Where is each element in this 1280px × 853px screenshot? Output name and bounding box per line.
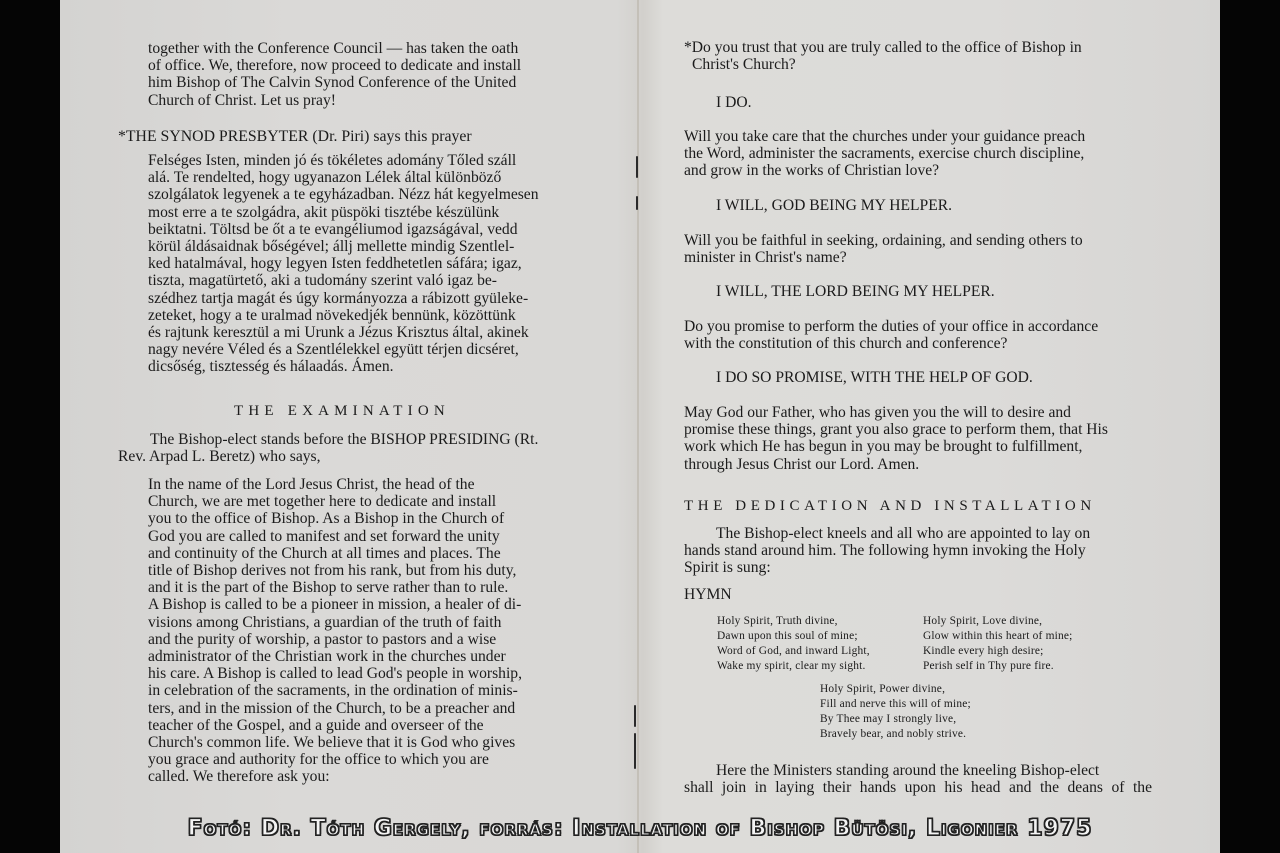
text-line: *Do you trust that you are truly called … xyxy=(684,39,1152,56)
text-line: hands stand around him. The following hy… xyxy=(684,542,1152,559)
text-line: promise these things, grant you also gra… xyxy=(684,421,1152,438)
text-line: and grow in the works of Christian love? xyxy=(684,162,1152,179)
booklet-spread: together with the Conference Council — h… xyxy=(60,0,1220,853)
text-line: tiszta, magatürtető, aki a tudomány szer… xyxy=(148,272,580,289)
text-line: szédhez tartja magát és úgy kormányozza … xyxy=(148,290,580,307)
hymn-verse-1: Holy Spirit, Truth divine, Dawn upon thi… xyxy=(717,614,870,674)
text-line: alá. Te rendelted, hogy ugyanazon Lélek … xyxy=(148,169,580,186)
text-line: with the constitution of this church and… xyxy=(684,335,1152,352)
text-line: work which He has begun in you may be br… xyxy=(684,438,1152,455)
text-line: together with the Conference Council — h… xyxy=(148,40,580,57)
text-line: and the purity of worship, a pastor to p… xyxy=(148,631,580,648)
text-line: in celebration of the sacraments, in the… xyxy=(148,682,580,699)
hymn-verse-3: Holy Spirit, Power divine, Fill and nerv… xyxy=(820,682,971,742)
blessing: May God our Father, who has given you th… xyxy=(684,404,1152,473)
response-text: I DO SO PROMISE, WITH THE HELP OF GOD. xyxy=(716,369,1033,387)
text-line: and it is the part of the Bishop to serv… xyxy=(148,579,580,596)
text-line: May God our Father, who has given you th… xyxy=(684,404,1152,421)
hymn-line: By Thee may I strongly live, xyxy=(820,712,971,727)
hungarian-prayer: Felséges Isten, minden jó és tökéletes a… xyxy=(148,152,580,376)
text-line: The Bishop-elect stands before the BISHO… xyxy=(118,431,580,448)
text-line: you to the office of Bishop. As a Bishop… xyxy=(148,510,580,527)
hymn-line: Word of God, and inward Light, xyxy=(717,644,870,659)
hymn-line: Holy Spirit, Love divine, xyxy=(923,614,1073,629)
answer-3: I WILL, THE LORD BEING MY HELPER. xyxy=(716,283,995,301)
text-line: In the name of the Lord Jesus Christ, th… xyxy=(148,476,580,493)
text-line: Do you promise to perform the duties of … xyxy=(684,318,1152,335)
text-line: Church's common life. We believe that it… xyxy=(148,734,580,751)
text-line: of office. We, therefore, now proceed to… xyxy=(148,57,580,74)
dedication-heading: THE DEDICATION AND INSTALLATION xyxy=(684,498,1096,515)
hymn-line: Holy Spirit, Power divine, xyxy=(820,682,971,697)
center-fold xyxy=(637,0,639,853)
response-text: I WILL, THE LORD BEING MY HELPER. xyxy=(716,283,995,301)
text-line: teacher of the Gospel, and a guide and o… xyxy=(148,717,580,734)
staple-bottom-lower xyxy=(634,733,636,769)
text-line: most erre a te szolgádra, akit püspöki t… xyxy=(148,204,580,221)
text-line: Here the Ministers standing around the k… xyxy=(684,762,1152,779)
section-heading: THE EXAMINATION xyxy=(234,403,450,420)
photo-credit-caption: Fotó: Dr. Tóth Gergely, forrás: Installa… xyxy=(0,816,1280,841)
text-line: through Jesus Christ our Lord. Amen. xyxy=(684,456,1152,473)
text-line: called. We therefore ask you: xyxy=(148,768,580,785)
text-line: Will you take care that the churches und… xyxy=(684,128,1152,145)
hymn-line: Glow within this heart of mine; xyxy=(923,629,1073,644)
text-line: beiktatni. Töltsd be őt a te evangéliumo… xyxy=(148,221,580,238)
dedication-intro: The Bishop-elect kneels and all who are … xyxy=(684,525,1152,577)
hymn-line: Bravely bear, and nobly strive. xyxy=(820,727,971,742)
text-line: him Bishop of The Calvin Synod Conferenc… xyxy=(148,74,580,91)
answer-2: I WILL, GOD BEING MY HELPER. xyxy=(716,197,952,215)
section-heading: THE DEDICATION AND INSTALLATION xyxy=(684,498,1096,515)
text-line: szolgálatok legyenek a te egyházadban. N… xyxy=(148,186,580,203)
hymn-line: Holy Spirit, Truth divine, xyxy=(717,614,870,629)
examination-intro: The Bishop-elect stands before the BISHO… xyxy=(118,431,580,465)
intro-paragraph: together with the Conference Council — h… xyxy=(148,40,580,109)
text-line: the Word, administer the sacraments, exe… xyxy=(684,145,1152,162)
question-1: *Do you trust that you are truly called … xyxy=(684,39,1152,73)
staple-top-upper xyxy=(636,156,638,178)
text-line: you grace and authority for the office t… xyxy=(148,751,580,768)
hymn-heading: HYMN xyxy=(684,586,732,604)
staple-bottom-upper xyxy=(634,705,636,727)
text-line: visions among Christians, a guardian of … xyxy=(148,614,580,631)
hymn-line: Kindle every high desire; xyxy=(923,644,1073,659)
response-text: I DO. xyxy=(716,94,752,112)
text-line: ked hatalmával, hogy legyen Isten feddhe… xyxy=(148,255,580,272)
text-line: The Bishop-elect kneels and all who are … xyxy=(684,525,1152,542)
answer-1: I DO. xyxy=(716,94,752,112)
text-line: körül áldásaidnak bőségével; állj mellet… xyxy=(148,238,580,255)
hymn-line: Perish self in Thy pure fire. xyxy=(923,659,1073,674)
text-line: A Bishop is called to be a pioneer in mi… xyxy=(148,596,580,613)
text-line: dicsőség, tisztesség és hálaadás. Ámen. xyxy=(148,358,580,375)
examination-heading: THE EXAMINATION xyxy=(234,403,450,420)
text-line: zeteket, hogy a te uralmad növekedjék be… xyxy=(148,307,580,324)
text-line: shall join in laying their hands upon hi… xyxy=(684,779,1152,796)
text-line: Church of Christ. Let us pray! xyxy=(148,92,580,109)
hymn-line: Dawn upon this soul of mine; xyxy=(717,629,870,644)
text-line: Rev. Arpad L. Beretz) who says, xyxy=(118,448,580,465)
closing-rubric: Here the Ministers standing around the k… xyxy=(684,762,1152,796)
text-line: title of Bishop derives not from his ran… xyxy=(148,562,580,579)
text-line: Felséges Isten, minden jó és tökéletes a… xyxy=(148,152,580,169)
text-line: nagy nevére Véled és a Szentlélekkel egy… xyxy=(148,341,580,358)
hymn-verse-2: Holy Spirit, Love divine, Glow within th… xyxy=(923,614,1073,674)
presbyter-heading: *THE SYNOD PRESBYTER (Dr. Piri) says thi… xyxy=(118,128,472,146)
text-line: Christ's Church? xyxy=(684,56,1152,73)
text-line: and continuity of the Church at all time… xyxy=(148,545,580,562)
text-line: Will you be faithful in seeking, ordaini… xyxy=(684,232,1152,249)
question-4: Do you promise to perform the duties of … xyxy=(684,318,1152,352)
text-line: administrator of the Christian work in t… xyxy=(148,648,580,665)
question-2: Will you take care that the churches und… xyxy=(684,128,1152,180)
text-line: minister in Christ's name? xyxy=(684,249,1152,266)
text-line: és rajtunk keresztül a mi Urunk a Jézus … xyxy=(148,324,580,341)
text-line: God you are called to manifest and set f… xyxy=(148,528,580,545)
text-line: Church, we are met together here to dedi… xyxy=(148,493,580,510)
text-line: Spirit is sung: xyxy=(684,559,1152,576)
text-line: ters, and in the mission of the Church, … xyxy=(148,700,580,717)
hymn-label: HYMN xyxy=(684,586,732,604)
hymn-line: Fill and nerve this will of mine; xyxy=(820,697,971,712)
examination-address: In the name of the Lord Jesus Christ, th… xyxy=(148,476,580,786)
staple-top-lower xyxy=(636,196,638,210)
rubric-text: *THE SYNOD PRESBYTER (Dr. Piri) says thi… xyxy=(118,128,472,146)
response-text: I WILL, GOD BEING MY HELPER. xyxy=(716,197,952,215)
question-3: Will you be faithful in seeking, ordaini… xyxy=(684,232,1152,266)
text-line: his care. A Bishop is called to lead God… xyxy=(148,665,580,682)
hymn-line: Wake my spirit, clear my sight. xyxy=(717,659,870,674)
answer-4: I DO SO PROMISE, WITH THE HELP OF GOD. xyxy=(716,369,1033,387)
